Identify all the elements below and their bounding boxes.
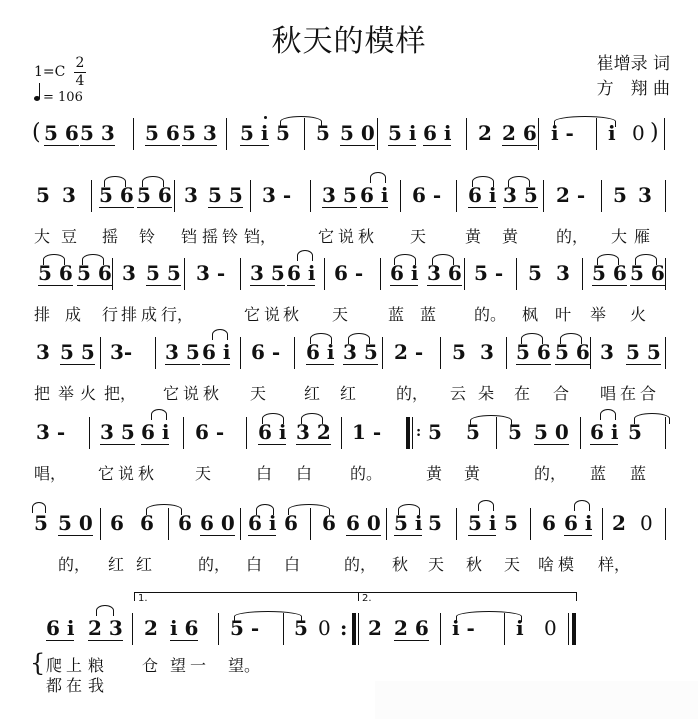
note-group: 5 6 — [99, 184, 134, 206]
note: 5 — [613, 184, 627, 206]
lyric: 望 — [170, 653, 186, 676]
lyric: 我 — [88, 673, 104, 696]
note: 5 — [294, 617, 308, 639]
note-group: 5 3 — [182, 122, 217, 144]
time-signature: 2 4 — [74, 56, 86, 89]
lyric: 黄 — [464, 461, 480, 484]
lyric: 红 — [340, 381, 356, 404]
note-group: 6 i — [287, 262, 315, 284]
note: 3 — [480, 341, 494, 363]
lyric: 天 — [195, 461, 211, 484]
lyric: 说 — [183, 381, 199, 404]
lyric: 铃 — [139, 224, 155, 247]
note-group: 6 i — [468, 184, 496, 206]
lyric: 火 — [630, 302, 646, 325]
lyric: 在 — [620, 381, 636, 404]
lyric: 唱， — [34, 461, 66, 484]
note-group: 5 i — [388, 122, 416, 144]
credits: 崔增录 词 方 翔 曲 — [597, 52, 670, 102]
lyric: 秋 — [466, 552, 482, 575]
note: 3 - — [262, 184, 291, 206]
note-group: 5 0 — [340, 122, 375, 144]
lyric: 云 — [450, 381, 466, 404]
note-group: 6 i — [248, 512, 276, 534]
lyric: 摇 — [202, 224, 218, 247]
lyric: 成 — [141, 302, 157, 325]
note: 0 — [318, 617, 331, 639]
note-group: 5 3 — [80, 122, 115, 144]
note-group: 3 5 — [250, 262, 285, 284]
lyric: 秋 — [138, 461, 154, 484]
volta-label: 2. — [362, 593, 372, 604]
note: 5 - — [474, 262, 503, 284]
lyric: 秋 — [283, 302, 299, 325]
time-numerator: 2 — [74, 56, 86, 71]
quarter-note-icon — [34, 96, 40, 101]
lyric: 都 — [46, 673, 62, 696]
lyric: 天 — [250, 381, 266, 404]
note: 2 — [612, 512, 626, 534]
lyric: 黄 — [465, 224, 481, 247]
lyric: 它 — [98, 461, 114, 484]
note-group: i 6 — [170, 617, 198, 639]
note-group: 2 3 — [88, 617, 123, 639]
lyric: 仓 — [142, 653, 158, 676]
note: 3 — [556, 262, 570, 284]
note-group: 2 6 — [394, 617, 429, 639]
note-group: 6 i — [46, 617, 74, 639]
lyric: 的， — [198, 552, 230, 575]
repeat-start-dots: : — [416, 421, 421, 443]
note-group: 5 5 — [208, 184, 243, 206]
note: 5 — [452, 341, 466, 363]
lyric: 雁 — [634, 224, 650, 247]
note-group: 5 5 — [146, 262, 181, 284]
note-group: 3 5 — [165, 341, 200, 363]
lyric: 天 — [332, 302, 348, 325]
volta-label: 1. — [138, 593, 148, 604]
note: 6 — [178, 512, 192, 534]
tempo-value: = 106 — [43, 90, 83, 105]
cropped-overlay — [375, 681, 698, 719]
note-group: 3 5 — [503, 184, 538, 206]
note: 5 — [504, 512, 518, 534]
lyric: 它 — [318, 224, 334, 247]
note-group: 6 i — [306, 341, 334, 363]
lyric: 秋 — [358, 224, 374, 247]
note: 5 — [428, 421, 442, 443]
lyric: 合 — [553, 381, 569, 404]
lyric: 行 — [102, 302, 118, 325]
note-group: 5 i — [240, 122, 269, 144]
lyric: 豆 — [61, 224, 77, 247]
lyric: 的。 — [474, 302, 506, 325]
lyric: 白 — [296, 461, 312, 484]
lyric: 模 — [558, 552, 574, 575]
note-group: 6 i — [423, 122, 451, 144]
key-signature: 1=C — [34, 64, 65, 80]
lyric: 它 — [163, 381, 179, 404]
note: 6 — [140, 512, 154, 534]
lyricist: 崔增录 词 — [597, 52, 670, 77]
note: 3 — [122, 262, 136, 284]
note-group: 5 6 — [592, 262, 627, 284]
volta-bracket-1: 1. — [134, 592, 358, 601]
close-paren: ) — [650, 120, 659, 145]
lyric: 排 — [34, 302, 50, 325]
lyric: 朵 — [478, 381, 494, 404]
lyric: 说 — [118, 461, 134, 484]
note-group: 5 6 — [44, 122, 79, 144]
note-group: 5 6 — [630, 262, 665, 284]
note: 2 — [478, 122, 492, 144]
lyric: 红 — [304, 381, 320, 404]
lyric: 它 — [244, 302, 260, 325]
note-group: 5 5 — [626, 341, 661, 363]
lyric: 一 — [190, 653, 206, 676]
note: 5 — [428, 512, 442, 534]
note: 5 — [528, 262, 542, 284]
lyric: 唱 — [600, 381, 616, 404]
lyric: 成 — [65, 302, 81, 325]
lyric: 在 — [514, 381, 530, 404]
note-group: 6 i — [360, 184, 388, 206]
composer: 方 翔 曲 — [597, 77, 670, 102]
lyric: 的， — [534, 461, 566, 484]
lyric: 啥 — [538, 552, 554, 575]
time-denominator: 4 — [74, 74, 86, 89]
verse-brace: { — [30, 649, 45, 677]
lyric: 蓝 — [388, 302, 404, 325]
lyric: 举 — [590, 302, 606, 325]
lyric: 黄 — [426, 461, 442, 484]
note: 0 — [640, 512, 653, 534]
note: 0 — [632, 122, 645, 144]
note-group: 6 i — [590, 421, 618, 443]
note: 6 - — [334, 262, 363, 284]
note-group: 5 i — [394, 512, 422, 534]
note-group: 5 6 — [77, 262, 112, 284]
lyric: 的， — [396, 381, 428, 404]
lyric: 把 — [34, 381, 50, 404]
note: 5 — [628, 421, 642, 443]
lyric: 的， — [556, 224, 588, 247]
note: 5 — [508, 421, 522, 443]
note-group: 6 i — [390, 262, 418, 284]
lyric: 望。 — [228, 653, 260, 676]
lyric: 火 — [80, 381, 96, 404]
note: 5 — [36, 184, 50, 206]
lyric: 天 — [428, 552, 444, 575]
note: 2 - — [394, 341, 423, 363]
lyric: 秋 — [203, 381, 219, 404]
note: 1 - — [352, 421, 381, 443]
lyric: 摇 — [102, 224, 118, 247]
note: 2 — [368, 617, 382, 639]
lyric: 的， — [344, 552, 376, 575]
lyric: 蓝 — [590, 461, 606, 484]
note-group: 6 i — [202, 341, 230, 363]
note: 2 - — [556, 184, 585, 206]
note: 5 — [34, 512, 48, 534]
note: 2 — [144, 617, 158, 639]
note: 5 — [316, 122, 330, 144]
lyric: 行， — [161, 302, 193, 325]
note-group: 5 i — [468, 512, 496, 534]
note: 3 - — [36, 421, 65, 443]
note: 3 — [36, 341, 50, 363]
lyric: 铃 — [222, 224, 238, 247]
note-group: 6 0 — [200, 512, 235, 534]
note: 6 - — [195, 421, 224, 443]
note: 3 - — [196, 262, 225, 284]
lyric: 天 — [504, 552, 520, 575]
song-title: 秋天的模样 — [0, 16, 698, 60]
note: i — [608, 122, 616, 144]
note-group: 5 6 — [137, 184, 172, 206]
lyric: 说 — [338, 224, 354, 247]
note-group: 6 i — [141, 421, 169, 443]
lyric: 铛， — [244, 224, 276, 247]
lyric: 蓝 — [630, 461, 646, 484]
note-group: 6 i — [564, 512, 592, 534]
lyric: 举 — [58, 381, 74, 404]
note: 6 — [322, 512, 336, 534]
note-group: 5 0 — [58, 512, 93, 534]
note-group: 3 5 — [343, 341, 378, 363]
lyric: 秋 — [392, 552, 408, 575]
note-group: 5 5 — [60, 341, 95, 363]
lyric: 大 — [34, 224, 50, 247]
lyric: 合 — [640, 381, 656, 404]
lyric: 说 — [264, 302, 280, 325]
note: 3- — [110, 341, 132, 363]
lyric: 红 — [108, 552, 124, 575]
note-group: 5 6 — [145, 122, 180, 144]
note: 3 — [600, 341, 614, 363]
lyric: 白 — [256, 461, 272, 484]
note-group: 3 5 — [100, 421, 135, 443]
lyric: 排 — [121, 302, 137, 325]
lyric: 大 — [611, 224, 627, 247]
lyric: 枫 — [522, 302, 538, 325]
tempo-marking: = 106 — [34, 90, 83, 105]
lyric: 的， — [58, 552, 90, 575]
repeat-end-dots: : — [340, 617, 347, 639]
lyric: 在 — [66, 673, 82, 696]
lyric: 把， — [104, 381, 136, 404]
lyric: 叶 — [555, 302, 571, 325]
note: 3 — [184, 184, 198, 206]
note: 3 — [638, 184, 652, 206]
lyric: 的。 — [350, 461, 382, 484]
note: i — [516, 617, 524, 639]
lyric: 白 — [246, 552, 262, 575]
note-group: 5 6 — [38, 262, 73, 284]
note-group: 6 0 — [346, 512, 381, 534]
lyric: 天 — [410, 224, 426, 247]
note: 6 — [542, 512, 556, 534]
note: 6 - — [251, 341, 280, 363]
lyric: 样， — [598, 552, 630, 575]
note-group: 6 i — [258, 421, 286, 443]
note: 6 — [110, 512, 124, 534]
lyric: 蓝 — [420, 302, 436, 325]
note: 0 — [544, 617, 557, 639]
lyric: 白 — [284, 552, 300, 575]
open-paren: ( — [32, 120, 41, 145]
lyric: 黄 — [502, 224, 518, 247]
note: 6 — [284, 512, 298, 534]
note: 3 — [62, 184, 76, 206]
note-group: 5 0 — [534, 421, 569, 443]
note-group: 3 2 — [296, 421, 331, 443]
note-group: 3 6 — [427, 262, 462, 284]
note-group: 5 6 — [555, 341, 590, 363]
lyric: 红 — [136, 552, 152, 575]
note-group: 3 5 — [322, 184, 357, 206]
note-group: 5 6 — [516, 341, 551, 363]
note-group: 2 6 — [502, 122, 537, 144]
note: 6 - — [412, 184, 441, 206]
lyric: 铛 — [181, 224, 197, 247]
volta-bracket-2: 2. — [358, 592, 577, 601]
